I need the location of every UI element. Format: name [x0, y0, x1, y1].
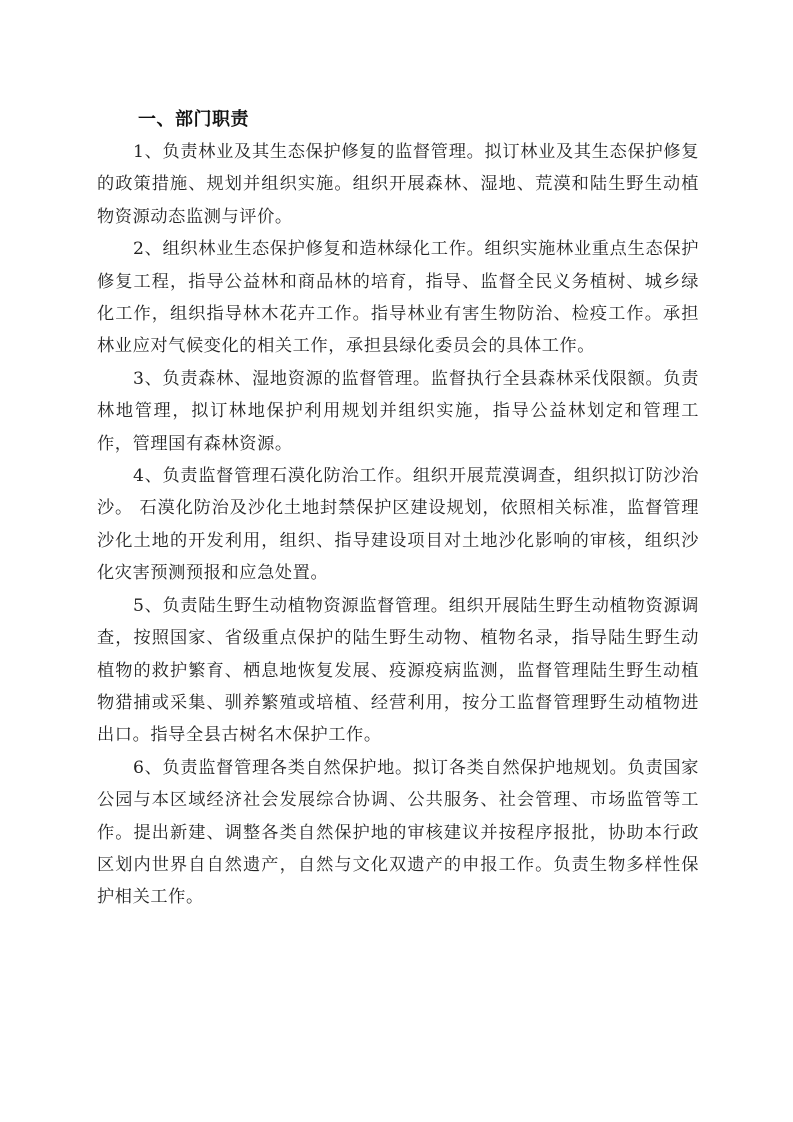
paragraph-duty-1: 1、负责林业及其生态保护修复的监督管理。拟订林业及其生态保护修复的政策措施、规划…	[97, 136, 699, 233]
paragraph-duty-2: 2、组织林业生态保护修复和造林绿化工作。组织实施林业重点生态保护修复工程，指导公…	[97, 233, 699, 363]
section-heading: 一、部门职责	[138, 104, 699, 136]
paragraph-duty-6: 6、负责监督管理各类自然保护地。拟订各类自然保护地规划。负责国家公园与本区域经济…	[97, 752, 699, 914]
document-page: 一、部门职责 1、负责林业及其生态保护修复的监督管理。拟订林业及其生态保护修复的…	[97, 104, 699, 914]
paragraph-duty-3: 3、负责森林、湿地资源的监督管理。监督执行全县森林采伐限额。负责林地管理，拟订林…	[97, 363, 699, 460]
paragraph-duty-4: 4、负责监督管理石漠化防治工作。组织开展荒漠调查，组织拟订防沙治沙。 石漠化防治…	[97, 460, 699, 590]
paragraph-duty-5: 5、负责陆生野生动植物资源监督管理。组织开展陆生野生动植物资源调查，按照国家、省…	[97, 590, 699, 752]
